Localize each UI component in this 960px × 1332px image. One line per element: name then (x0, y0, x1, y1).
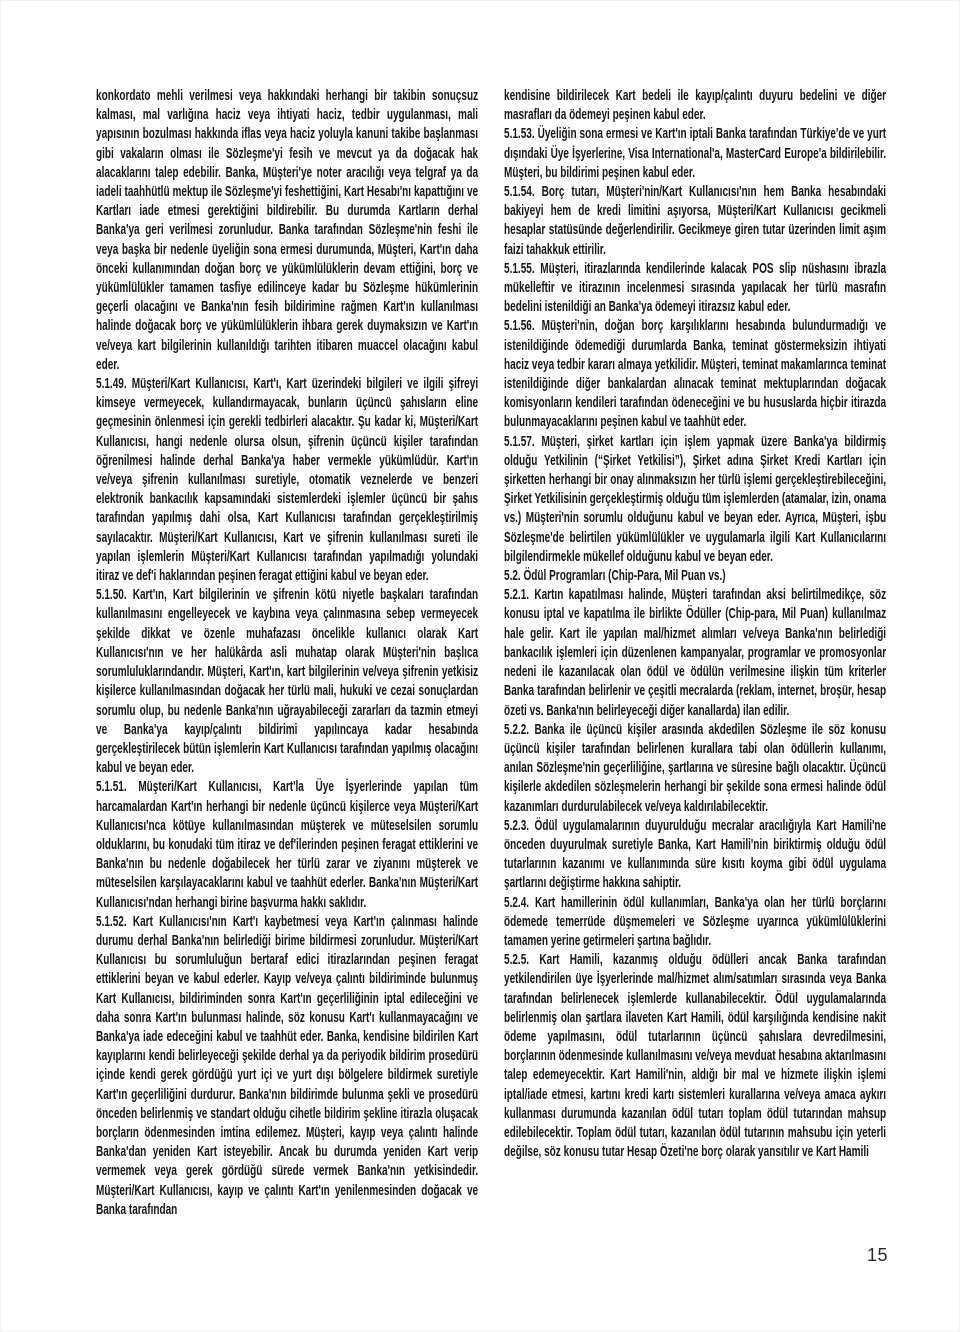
clause-body: Borç tutarı, Müşteri'nin/Kart Kullanıcıs… (504, 183, 886, 258)
clause-body: Üyeliğin sona ermesi ve Kart'ın iptali B… (504, 125, 886, 180)
clause-number: 5.1.57. (504, 433, 535, 450)
clause-5-1-55: 5.1.55. Müşteri, itirazlarında kendileri… (504, 259, 886, 317)
clause-number: 5.1.50. (96, 586, 127, 603)
clause-5-1-57: 5.1.57. Müşteri, şirket kartları için iş… (504, 432, 886, 566)
clause-5-2-5: 5.2.5. Kart Hamili, kazanmış olduğu ödül… (504, 950, 886, 1161)
clause-body: Kart Kullanıcısı'nın Kart'ı kaybetmesi v… (96, 913, 478, 1218)
clause-number: 5.1.52. (96, 913, 127, 930)
clause-number: 5.1.53. (504, 125, 535, 142)
clause-body: Kart hamillerinin ödül kullanımları, Ban… (504, 894, 886, 949)
clause-5-1-49: 5.1.49. Müşteri/Kart Kullanıcısı, Kart'ı… (96, 374, 478, 585)
clause-body: Müşteri, itirazlarında kendilerinde kala… (504, 260, 886, 315)
clause-5-2-4: 5.2.4. Kart hamillerinin ödül kullanımla… (504, 893, 886, 951)
clause-number: 5.2.5. (504, 951, 529, 968)
clause-number: 5.2.2. (504, 721, 529, 738)
clause-body: Müşteri/Kart Kullanıcısı, Kart'la Üye İş… (96, 778, 478, 910)
contract-page: konkordato mehli verilmesi veya hakkında… (0, 0, 960, 1332)
clause-number: 5.1.55. (504, 260, 535, 277)
clause-continuation-prev-page: konkordato mehli verilmesi veya hakkında… (96, 86, 478, 374)
clause-number: 5.2.1. (504, 586, 529, 603)
clause-body: konkordato mehli verilmesi veya hakkında… (96, 87, 478, 373)
text-columns: konkordato mehli verilmesi veya hakkında… (96, 86, 886, 1246)
clause-body: Müşteri, şirket kartları için işlem yapm… (504, 433, 886, 565)
clause-continuation-left-column: kendisine bildirilecek Kart bedeli ile k… (504, 86, 886, 124)
clause-number: 5.1.49. (96, 375, 127, 392)
clause-number: 5.2.3. (504, 817, 529, 834)
clause-5-1-54: 5.1.54. Borç tutarı, Müşteri'nin/Kart Ku… (504, 182, 886, 259)
section-number: 5.2. (504, 567, 521, 584)
clause-body: Ödül uygulamalarının duyurulduğu mecrala… (504, 817, 886, 892)
clause-5-1-56: 5.1.56. Müşteri'nin, doğan borç karşılık… (504, 316, 886, 431)
clause-5-1-51: 5.1.51. Müşteri/Kart Kullanıcısı, Kart'l… (96, 777, 478, 911)
clause-5-1-50: 5.1.50. Kart'ın, Kart bilgilerinin ve şi… (96, 585, 478, 777)
clause-5-2-3: 5.2.3. Ödül uygulamalarının duyurulduğu … (504, 816, 886, 893)
clause-body: Kart'ın, Kart bilgilerinin ve şifrenin k… (96, 586, 478, 776)
clause-body: Müşteri/Kart Kullanıcısı, Kart'ı, Kart ü… (96, 375, 478, 584)
clause-number: 5.1.51. (96, 778, 127, 795)
column-left-text: konkordato mehli verilmesi veya hakkında… (96, 86, 478, 1219)
clause-body: Kart Hamili, kazanmış olduğu ödülleri an… (504, 951, 886, 1160)
section-title: Ödül Programları (Chip-Para, Mil Puan vs… (524, 567, 726, 584)
clause-number: 5.1.54. (504, 183, 535, 200)
clause-body: Müşteri'nin, doğan borç karşılıklarını h… (504, 317, 886, 430)
clause-5-2-1: 5.2.1. Kartın kapatılması halinde, Müşte… (504, 585, 886, 719)
clause-body: kendisine bildirilecek Kart bedeli ile k… (504, 87, 886, 123)
clause-5-1-52: 5.1.52. Kart Kullanıcısı'nın Kart'ı kayb… (96, 912, 478, 1219)
page-number: 15 (867, 1245, 888, 1266)
clause-5-1-53: 5.1.53. Üyeliğin sona ermesi ve Kart'ın … (504, 124, 886, 182)
clause-number: 5.1.56. (504, 317, 535, 334)
clause-5-2-2: 5.2.2. Banka ile üçüncü kişiler arasında… (504, 720, 886, 816)
clause-body: Kartın kapatılması halinde, Müşteri tara… (504, 586, 886, 718)
column-right-text: kendisine bildirilecek Kart bedeli ile k… (504, 86, 886, 1161)
clause-body: Banka ile üçüncü kişiler arasında akdedi… (504, 721, 886, 815)
section-heading-5-2: 5.2. Ödül Programları (Chip-Para, Mil Pu… (504, 566, 886, 585)
column-left: konkordato mehli verilmesi veya hakkında… (96, 86, 478, 1246)
clause-number: 5.2.4. (504, 894, 529, 911)
column-right: kendisine bildirilecek Kart bedeli ile k… (504, 86, 886, 1246)
